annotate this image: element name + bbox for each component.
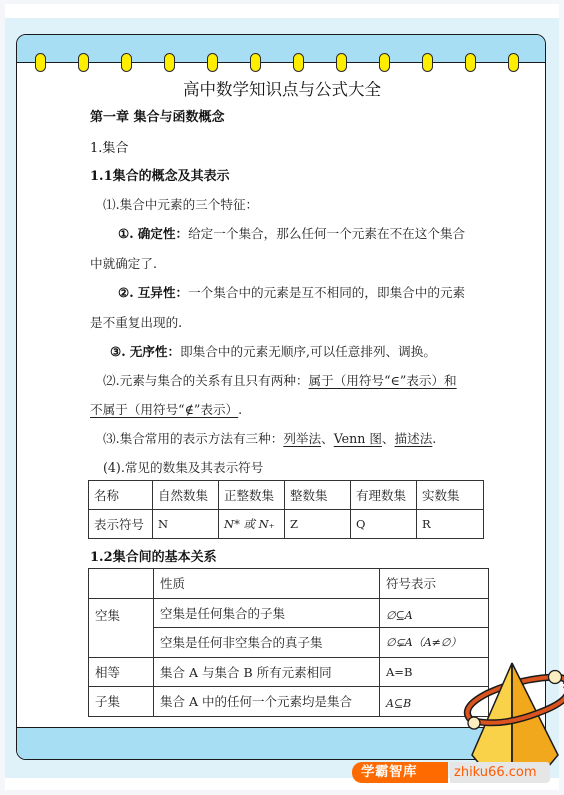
item-3-line: ⑶.集合常用的表示方法有三种：列举法、Venn 图、描述法. — [103, 428, 436, 447]
section-heading-1-2: 1.2集合间的基本关系 — [90, 546, 217, 565]
table-cell: ∅⊆A — [380, 598, 489, 628]
feature-3-text: 即集合中的元素无顺序,可以任意排列、调换。 — [180, 344, 436, 359]
table-header-cell: 性质 — [154, 569, 380, 599]
feature-3-name: 无序性： — [130, 344, 180, 359]
table-cell: Q — [351, 510, 417, 539]
item-1-text: ⑴.集合中元素的三个特征： — [103, 194, 258, 213]
separator: 、 — [321, 431, 334, 446]
watermark-brand: 学霸智库 — [352, 762, 448, 783]
separator: 、 — [382, 431, 395, 446]
document-title: 高中数学知识点与公式大全 — [0, 76, 564, 100]
table-cell: 名称 — [89, 481, 153, 510]
number-sets-table: 名称 自然数集 正整数集 整数集 有理数集 实数集 表示符号 N N* 或 N₊… — [88, 480, 484, 539]
table-cell: 子集 — [89, 687, 154, 717]
table-cell: 整数集 — [285, 481, 351, 510]
method-description: 描述法 — [395, 431, 433, 446]
feature-1-name: 确定性： — [138, 226, 188, 241]
item-2-belong: 属于（用符号“∈”表示）和 — [309, 373, 457, 388]
table-cell: 空集是任何非空集合的真子集 — [154, 628, 380, 658]
item-2-line: ⑵.元素与集合的关系有且只有两种：属于（用符号“∈”表示）和 — [103, 370, 457, 389]
feature-1-line: ①. 确定性：给定一个集合，那么任何一个元素在不在这个集合 — [118, 223, 465, 242]
table-row: 空集 空集是任何集合的子集 ∅⊆A — [89, 598, 489, 628]
feature-2-number: ②. — [118, 285, 134, 300]
feature-1-continuation: 中就确定了. — [90, 253, 157, 272]
table-cell: 相等 — [89, 657, 154, 687]
table-cell: N — [153, 510, 219, 539]
item-2-end: . — [238, 402, 242, 417]
symbol-text: ∅⊊A（A≠∅） — [386, 634, 462, 650]
table-cell: 正整数集 — [219, 481, 285, 510]
table-header-row: 性质 符号表示 — [89, 569, 489, 599]
table-cell: R — [417, 510, 484, 539]
feature-2-name: 互异性： — [138, 285, 188, 300]
table-cell: Z — [285, 510, 351, 539]
chapter-heading: 第一章 集合与函数概念 — [90, 106, 225, 125]
watermark-badge: 学霸智库 zhiku66.com — [352, 762, 550, 783]
watermark-slant — [438, 762, 448, 783]
feature-3-line: ③. 无序性：即集合中的元素无顺序,可以任意排列、调换。 — [110, 341, 436, 360]
feature-1-number: ①. — [118, 226, 134, 241]
method-venn: Venn 图 — [334, 431, 382, 446]
table-cell: N* 或 N₊ — [219, 510, 285, 539]
table-row: 表示符号 N N* 或 N₊ Z Q R — [89, 510, 484, 539]
section-heading-1-1: 1.1集合的概念及其表示 — [90, 165, 230, 184]
feature-1-text: 给定一个集合，那么任何一个元素在不在这个集合 — [188, 226, 465, 241]
feature-2-line: ②. 互异性：一个集合中的元素是互不相同的，即集合中的元素 — [118, 282, 465, 301]
table-row: 子集 集合 A 中的任何一个元素均是集合 A⊆B — [89, 687, 489, 717]
watermark-domain: zhiku66.com — [450, 762, 550, 783]
table-cell: 自然数集 — [153, 481, 219, 510]
item-2-continuation: 不属于（用符号“∉”表示）. — [90, 399, 242, 418]
table-cell: 实数集 — [417, 481, 484, 510]
symbol-text: A⊆B — [386, 694, 411, 710]
table-row: 相等 集合 A 与集合 B 所有元素相同 A=B — [89, 657, 489, 687]
table-row: 名称 自然数集 正整数集 整数集 有理数集 实数集 — [89, 481, 484, 510]
section-heading-1: 1.集合 — [90, 137, 128, 156]
set-relations-table: 性质 符号表示 空集 空集是任何集合的子集 ∅⊆A 空集是任何非空集合的真子集 … — [88, 568, 489, 717]
symbol-text: ∅⊆A — [386, 606, 413, 622]
item-4-text: (4).常见的数集及其表示符号 — [103, 457, 263, 476]
table-cell: 集合 A 与集合 B 所有元素相同 — [154, 657, 380, 687]
table-cell: 有理数集 — [351, 481, 417, 510]
item-3-prefix: ⑶.集合常用的表示方法有三种： — [103, 431, 283, 446]
table-cell: ∅⊊A（A≠∅） — [380, 628, 489, 658]
table-cell: 集合 A 中的任何一个元素均是集合 — [154, 687, 380, 717]
feature-3-number: ③. — [110, 344, 126, 359]
table-cell: 空集是任何集合的子集 — [154, 598, 380, 628]
item-2-prefix: ⑵.元素与集合的关系有且只有两种： — [103, 373, 309, 388]
table-cell: 空集 — [89, 598, 154, 657]
table-header-cell — [89, 569, 154, 599]
item-2-notbelong: 不属于（用符号“∉”表示） — [90, 402, 238, 417]
period: . — [432, 431, 436, 446]
table-header-cell: 符号表示 — [380, 569, 489, 599]
method-enumeration: 列举法 — [283, 431, 321, 446]
cone-illustration-icon — [458, 655, 564, 775]
table-cell: 表示符号 — [89, 510, 153, 539]
feature-2-text: 一个集合中的元素是互不相同的，即集合中的元素 — [188, 285, 465, 300]
feature-2-continuation: 是不重复出现的. — [90, 312, 182, 331]
